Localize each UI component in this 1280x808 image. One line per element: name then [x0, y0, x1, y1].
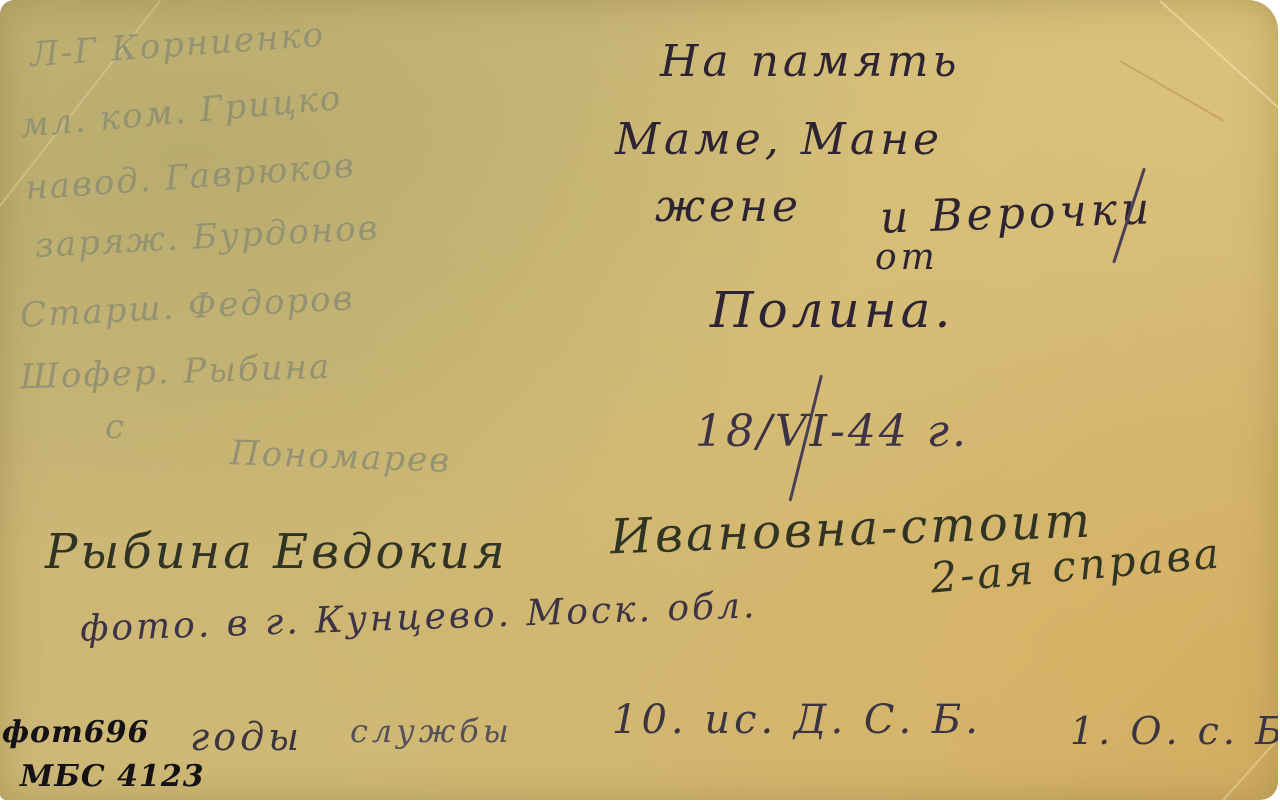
dedication-signature: Полина.: [710, 285, 954, 335]
paper-crease: [1120, 60, 1225, 122]
pencil-line: мл. ком. Грицко: [19, 81, 343, 143]
pencil-line: Пономарев: [229, 436, 451, 478]
pencil-line: Старш. Федоров: [19, 281, 355, 332]
dedication-line: На память: [660, 40, 960, 84]
postcard: Л-Г Корниенко мл. ком. Грицко навод. Гав…: [0, 0, 1278, 800]
caption-service-label: годы: [190, 718, 303, 756]
pencil-line: Л-Г Корниенко: [29, 18, 326, 73]
dedication-line: Маме, Мане: [615, 118, 943, 162]
caption-unit: 1. О. с. Б.: [1070, 712, 1278, 750]
pencil-line: Шофер. Рыбина: [20, 350, 332, 395]
caption-service-label: службы: [350, 715, 513, 747]
pencil-line: с: [105, 410, 126, 444]
archive-id: МБС 4123: [20, 762, 205, 792]
pencil-line: навод. Гаврюков: [24, 148, 356, 205]
caption-location: фото. в г. Кунцево. Моск. обл.: [80, 588, 758, 648]
pencil-line: заряж. Бурдонов: [34, 211, 380, 263]
dedication-line: жене: [655, 185, 802, 229]
caption-name: Рыбина Евдокия: [45, 528, 508, 576]
caption-unit: 10. ис. Д. С. Б.: [612, 700, 982, 740]
dedication-line-insert: от: [875, 240, 939, 276]
dedication-line: и Верочки: [879, 187, 1154, 241]
paper-crease: [1159, 0, 1278, 115]
archive-id: фот696: [2, 718, 149, 748]
dedication-date: 18/VI-44 г.: [695, 410, 969, 454]
